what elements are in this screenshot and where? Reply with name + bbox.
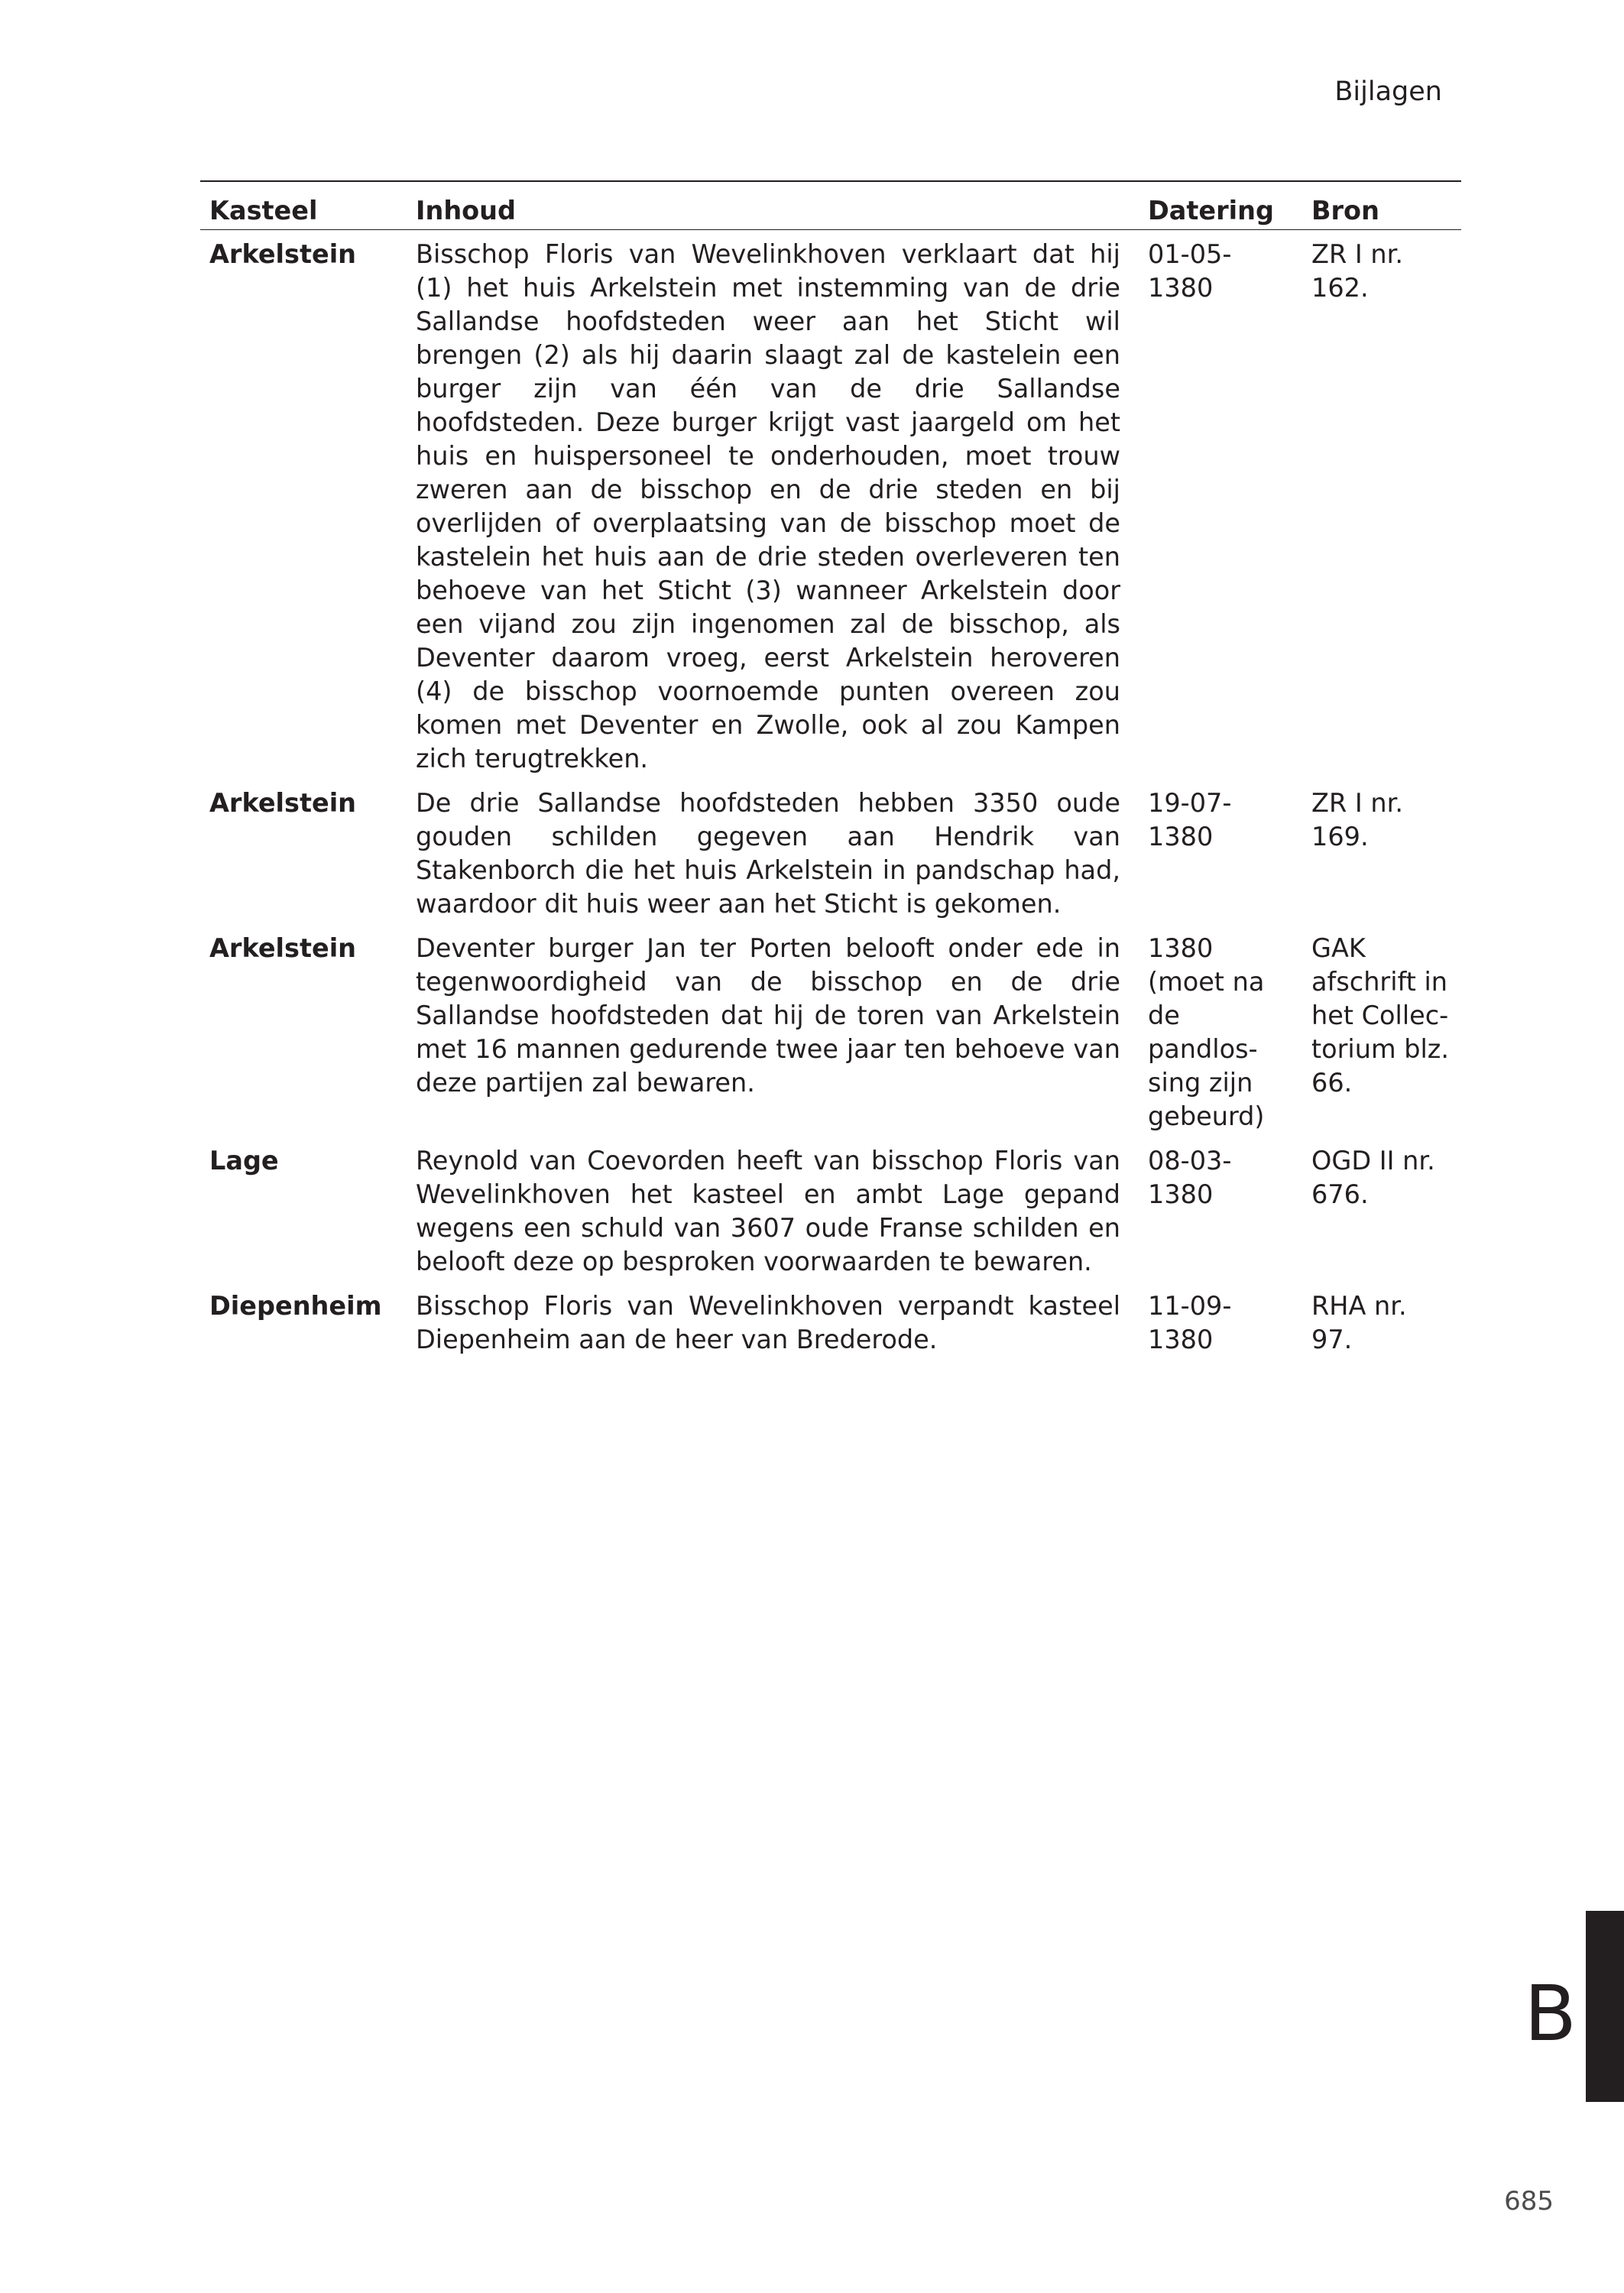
cell-bron: OGD II nr. 676. [1302, 1137, 1461, 1282]
header-kasteel: Kasteel [200, 181, 407, 230]
castle-documents-table: Kasteel Inhoud Datering Bron Arkelstein … [200, 180, 1461, 1360]
table-row: Lage Reynold van Coevorden heeft van bis… [200, 1137, 1461, 1282]
cell-inhoud: Bisschop Floris van Wevelinkhoven verkla… [407, 230, 1139, 780]
cell-inhoud: De drie Sallandse hoofdsteden hebben 335… [407, 779, 1139, 924]
thumb-index-tab [1586, 1911, 1624, 2102]
cell-datering: 11-09-1380 [1139, 1282, 1302, 1360]
cell-kasteel: Arkelstein [200, 924, 407, 1137]
cell-kasteel: Arkelstein [200, 230, 407, 780]
table-header-row: Kasteel Inhoud Datering Bron [200, 181, 1461, 230]
table-row: Diepenheim Bisschop Floris van Wevelinkh… [200, 1282, 1461, 1360]
table-row: Arkelstein Deventer burger Jan ter Porte… [200, 924, 1461, 1137]
cell-datering: 08-03-1380 [1139, 1137, 1302, 1282]
header-datering: Datering [1139, 181, 1302, 230]
data-table: Kasteel Inhoud Datering Bron Arkelstein … [200, 180, 1461, 1360]
cell-datering: 01-05-1380 [1139, 230, 1302, 780]
cell-inhoud: Bisschop Floris van Wevelinkhoven verpan… [407, 1282, 1139, 1360]
table-row: Arkelstein De drie Sallandse hoofdsteden… [200, 779, 1461, 924]
running-head: Bijlagen [1334, 76, 1442, 107]
thumb-index-letter: B [1524, 1976, 1577, 2052]
table-row: Arkelstein Bisschop Floris van Wevelinkh… [200, 230, 1461, 780]
page-number: 685 [1504, 2186, 1554, 2217]
cell-inhoud: Deventer burger Jan ter Porten belooft o… [407, 924, 1139, 1137]
cell-kasteel: Arkelstein [200, 779, 407, 924]
cell-kasteel: Lage [200, 1137, 407, 1282]
header-inhoud: Inhoud [407, 181, 1139, 230]
cell-bron: GAK afschrift in het Collec-torium blz. … [1302, 924, 1461, 1137]
cell-bron: RHA nr. 97. [1302, 1282, 1461, 1360]
cell-bron: ZR I nr. 162. [1302, 230, 1461, 780]
cell-datering: 1380 (moet na de pandlos-sing zijn gebeu… [1139, 924, 1302, 1137]
header-bron: Bron [1302, 181, 1461, 230]
cell-kasteel: Diepenheim [200, 1282, 407, 1360]
cell-bron: ZR I nr. 169. [1302, 779, 1461, 924]
cell-datering: 19-07-1380 [1139, 779, 1302, 924]
cell-inhoud: Reynold van Coevorden heeft van bisschop… [407, 1137, 1139, 1282]
